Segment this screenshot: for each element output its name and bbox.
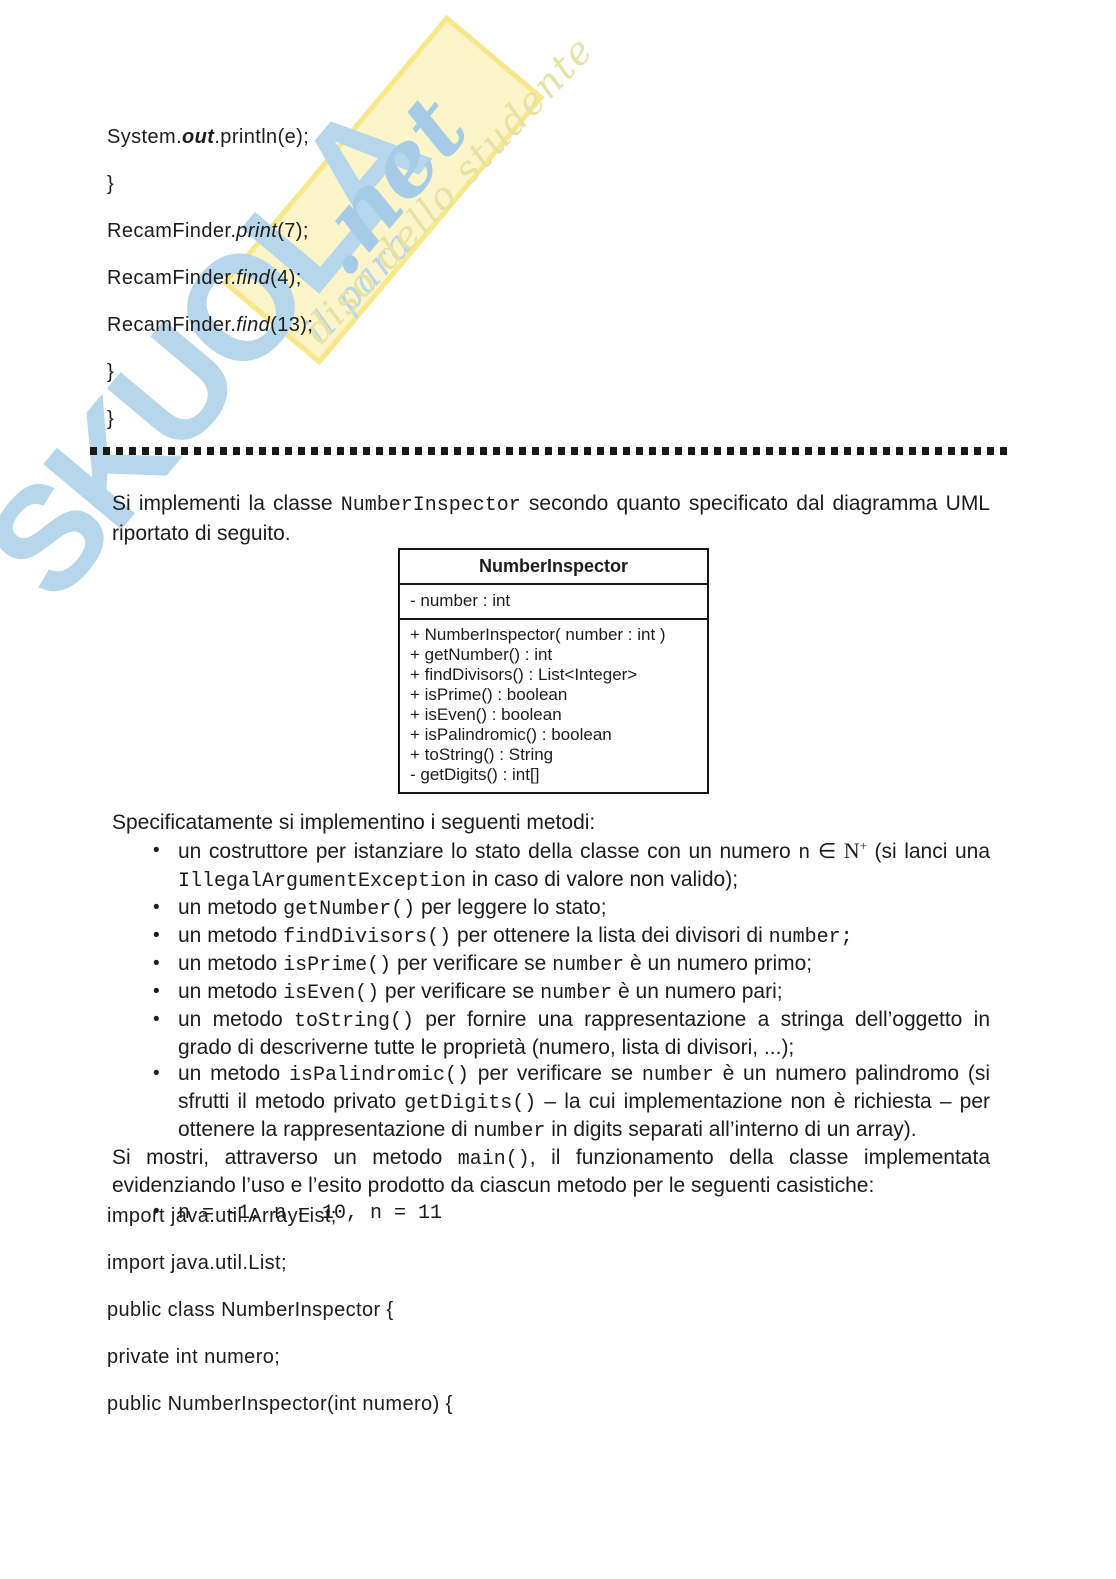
code-line: RecamFinder.find(4);	[107, 255, 313, 302]
text-segment: un costruttore per istanziare lo stato d…	[178, 840, 798, 863]
text-segment: n	[798, 842, 810, 865]
page-content: System.out.println(e);}RecamFinder.print…	[0, 0, 1116, 1579]
code-line: public class NumberInspector {	[107, 1287, 453, 1334]
text-segment: per verificare se	[379, 980, 540, 1003]
bullet-item: •un metodo isPrime() per verificare se n…	[112, 951, 990, 979]
bullet-icon: •	[153, 1007, 160, 1033]
code-line: RecamFinder.print(7);	[107, 208, 313, 255]
bullet-text: un costruttore per istanziare lo stato d…	[178, 840, 990, 891]
text-segment: find	[236, 314, 270, 336]
bullet-icon: •	[153, 838, 160, 864]
code-line: }	[107, 396, 313, 443]
code-line: public NumberInspector(int numero) {	[107, 1381, 453, 1428]
text-segment: number	[552, 954, 624, 977]
text-segment: number	[540, 982, 612, 1005]
text-segment: System.	[107, 126, 182, 148]
text-segment: un metodo	[178, 1008, 294, 1031]
text-segment: out	[182, 126, 214, 148]
uml-method: + findDivisors() : List<Integer>	[410, 665, 697, 685]
text-segment: per leggere lo stato;	[415, 896, 606, 919]
dotted-separator	[90, 447, 1008, 455]
text-segment: }	[107, 173, 114, 195]
bullet-item: •un costruttore per istanziare lo stato …	[112, 838, 990, 895]
text-segment: (13);	[270, 314, 313, 336]
bullet-item: •un metodo toString() per fornire una ra…	[112, 1007, 990, 1061]
text-segment: NumberInspector	[341, 494, 521, 517]
text-segment: number;	[769, 926, 853, 949]
uml-method: - getDigits() : int[]	[410, 765, 697, 785]
bullet-text: un metodo toString() per fornire una rap…	[178, 1008, 990, 1059]
text-segment: find	[236, 267, 270, 289]
text-segment: print	[236, 220, 277, 242]
specification-section: Specificatamente si implementino i segue…	[112, 810, 990, 1227]
bullet-icon: •	[153, 979, 160, 1005]
text-segment: un metodo	[178, 980, 283, 1003]
code-line: System.out.println(e);	[107, 114, 313, 161]
code-line: }	[107, 161, 313, 208]
text-segment: un metodo	[178, 952, 283, 975]
text-segment: è un numero primo;	[624, 952, 812, 975]
text-segment: è un numero pari;	[612, 980, 782, 1003]
text-segment: number	[473, 1120, 545, 1143]
uml-method: + toString() : String	[410, 745, 697, 765]
code-line: import java.util.List;	[107, 1240, 453, 1287]
bullet-icon: •	[153, 951, 160, 977]
text-segment: number	[642, 1064, 714, 1087]
bullet-icon: •	[153, 895, 160, 921]
text-segment: RecamFinder.	[107, 314, 236, 336]
uml-class-diagram: NumberInspector - number : int + NumberI…	[398, 548, 709, 794]
uml-class-name: NumberInspector	[400, 550, 707, 585]
bullet-item: •un metodo getNumber() per leggere lo st…	[112, 895, 990, 923]
code-line: }	[107, 349, 313, 396]
uml-method: + NumberInspector( number : int )	[410, 625, 697, 645]
uml-method: + getNumber() : int	[410, 645, 697, 665]
bullet-text: un metodo getNumber() per leggere lo sta…	[178, 896, 607, 919]
code-snippet-bottom: import java.util.ArrayList;import java.u…	[107, 1193, 453, 1428]
text-segment: N	[844, 838, 860, 863]
text-segment: (si lanci una	[867, 840, 990, 863]
text-segment: per verificare se	[469, 1062, 642, 1085]
code-line: private int numero;	[107, 1334, 453, 1381]
uml-method: + isPrime() : boolean	[410, 685, 697, 705]
bullet-item: •un metodo findDivisors() per ottenere l…	[112, 923, 990, 951]
text-segment: (4);	[270, 267, 302, 289]
uml-attributes-section: - number : int	[400, 585, 707, 620]
text-segment: un metodo	[178, 924, 283, 947]
spec-bullet-list: •un costruttore per istanziare lo stato …	[112, 838, 990, 1145]
text-segment: IllegalArgumentException	[178, 870, 466, 893]
text-segment: per ottenere la lista dei divisori di	[451, 924, 769, 947]
text-segment: isPrime()	[283, 954, 391, 977]
text-segment: in caso di valore non valido);	[466, 868, 738, 891]
text-segment: +	[860, 838, 867, 853]
bullet-icon: •	[153, 923, 160, 949]
code-line: import java.util.ArrayList;	[107, 1193, 453, 1240]
text-segment: main()	[458, 1148, 530, 1171]
text-segment: .println(e);	[214, 126, 309, 148]
text-segment: Si mostri, attraverso un metodo	[112, 1146, 458, 1169]
bullet-icon: •	[153, 1061, 160, 1087]
text-segment: isPalindromic()	[289, 1064, 469, 1087]
text-segment: RecamFinder.	[107, 220, 236, 242]
uml-method: + isEven() : boolean	[410, 705, 697, 725]
bullet-text: un metodo isPrime() per verificare se nu…	[178, 952, 812, 975]
text-segment: un metodo	[178, 1062, 289, 1085]
text-segment: getNumber()	[283, 898, 415, 921]
code-snippet-top: System.out.println(e);}RecamFinder.print…	[107, 114, 313, 443]
text-segment: in digits separati all’interno di un arr…	[545, 1118, 916, 1141]
text-segment: Si implementi la classe	[112, 492, 341, 515]
bullet-text: un metodo isEven() per verificare se num…	[178, 980, 783, 1003]
bullet-text: un metodo isPalindromic() per verificare…	[178, 1062, 990, 1141]
bullet-item: •un metodo isPalindromic() per verificar…	[112, 1061, 990, 1145]
code-line: RecamFinder.find(13);	[107, 302, 313, 349]
bullet-text: un metodo findDivisors() per ottenere la…	[178, 924, 853, 947]
closing-paragraph: Si mostri, attraverso un metodo main(), …	[112, 1145, 990, 1199]
text-segment: un metodo	[178, 896, 283, 919]
text-segment: getDigits()	[404, 1092, 536, 1115]
text-segment: }	[107, 408, 114, 430]
text-segment: toString()	[294, 1010, 414, 1033]
text-segment: RecamFinder.	[107, 267, 236, 289]
text-segment	[810, 840, 818, 863]
text-segment: findDivisors()	[283, 926, 451, 949]
document-page: SKUOLA .net il paradiso dello studente S…	[0, 0, 1116, 1579]
text-segment: ∈	[818, 839, 836, 863]
uml-attribute: - number : int	[410, 591, 697, 611]
text-segment: per verificare se	[391, 952, 552, 975]
uml-methods-section: + NumberInspector( number : int )+ getNu…	[400, 620, 707, 792]
intro-paragraph: Si implementi la classe NumberInspector …	[112, 490, 990, 548]
text-segment: (7);	[277, 220, 309, 242]
uml-method: + isPalindromic() : boolean	[410, 725, 697, 745]
bullet-item: •un metodo isEven() per verificare se nu…	[112, 979, 990, 1007]
text-segment: }	[107, 361, 114, 383]
text-segment	[836, 840, 844, 863]
text-segment: isEven()	[283, 982, 379, 1005]
spec-heading: Specificatamente si implementino i segue…	[112, 810, 990, 836]
